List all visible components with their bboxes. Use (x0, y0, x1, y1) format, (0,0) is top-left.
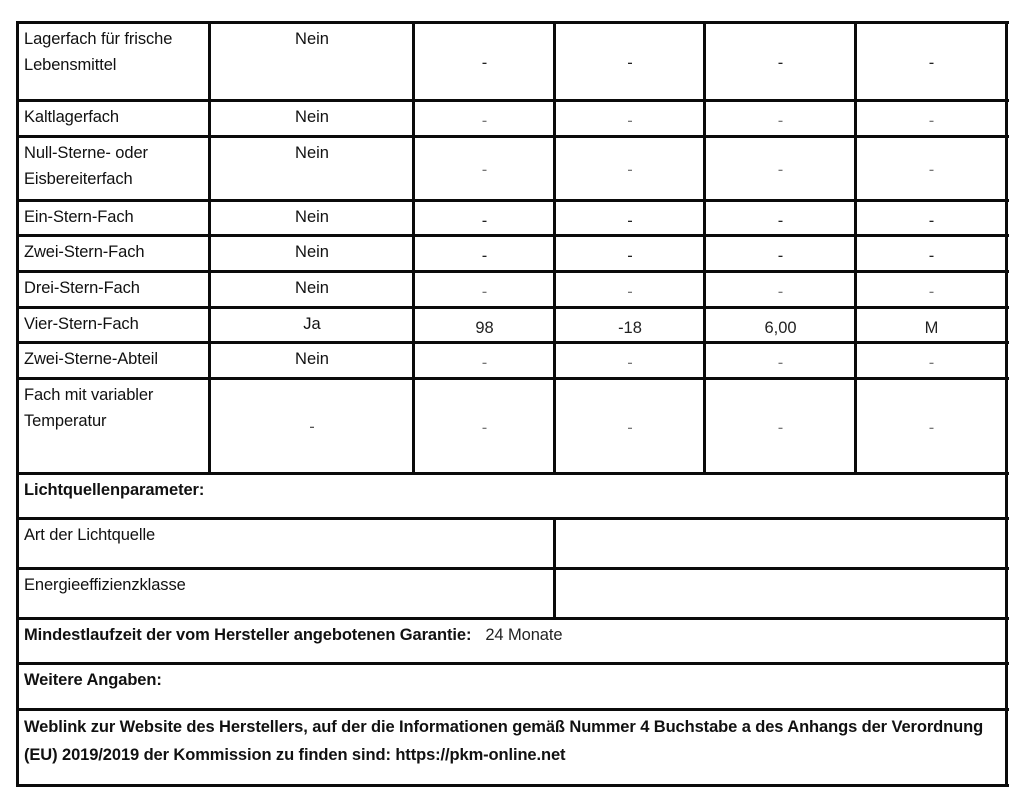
compartment-value-3: - (706, 239, 855, 273)
compartment-value-4: M (857, 311, 1006, 344)
warranty-label: Mindestlaufzeit der vom Hersteller angeb… (24, 626, 471, 644)
compartment-value-4: - (857, 204, 1006, 237)
light-source-heading: Lichtquellenparameter: (19, 475, 1008, 503)
compartment-value-1: - (415, 381, 554, 474)
compartment-value-2: - (556, 25, 704, 101)
compartment-value-1: - (415, 104, 554, 138)
manufacturer-weblink[interactable]: Weblink zur Website des Herstellers, auf… (19, 711, 996, 769)
compartment-value-4: - (857, 104, 1006, 138)
compartment-value-4: - (857, 346, 1006, 380)
compartment-value-2: -18 (556, 311, 704, 344)
compartment-value-4: - (857, 275, 1006, 309)
compartment-present: Nein (211, 138, 413, 200)
table-rule (17, 234, 1009, 237)
compartment-name: Drei-Stern-Fach (19, 273, 209, 309)
table-rule (854, 21, 857, 475)
table-rule (553, 21, 556, 475)
compartment-value-1: - (415, 25, 554, 101)
energy-efficiency-value (557, 570, 1006, 572)
compartment-name: Kaltlagerfach (19, 102, 209, 138)
light-source-type-value (557, 520, 1006, 522)
compartment-value-1: - (415, 139, 554, 201)
compartment-name: Ein-Stern-Fach (19, 202, 209, 237)
compartment-present: Nein (211, 24, 413, 100)
table-rule (17, 135, 1009, 138)
table-rule (17, 21, 1009, 24)
compartment-value-4: - (857, 239, 1006, 273)
compartment-value-4: - (857, 381, 1006, 474)
compartment-name: Zwei-Stern-Fach (19, 237, 209, 273)
compartment-value-3: - (706, 25, 855, 101)
light-source-type-label: Art der Lichtquelle (19, 520, 555, 548)
compartment-name: Zwei-Sterne-Abteil (19, 344, 209, 380)
table-rule (16, 21, 19, 475)
compartment-value-1: - (415, 239, 554, 273)
table-rule (17, 306, 1009, 309)
compartment-name: Vier-Stern-Fach (19, 309, 209, 344)
table-rule (208, 21, 211, 475)
table-rule (17, 784, 1009, 787)
further-info-label: Weitere Angaben: (19, 665, 1008, 693)
compartment-value-2: - (556, 104, 704, 138)
compartment-present: Nein (211, 273, 413, 307)
compartment-present: - (211, 380, 413, 473)
table-rule (17, 199, 1009, 202)
compartment-value-2: - (556, 381, 704, 474)
product-information-sheet: Lagerfach für frische LebensmittelNein--… (0, 0, 1024, 803)
compartment-value-3: - (706, 275, 855, 309)
compartment-present: Nein (211, 202, 413, 235)
compartment-value-3: - (706, 204, 855, 237)
compartment-value-4: - (857, 25, 1006, 101)
energy-efficiency-label: Energieeffizienzklasse (19, 570, 555, 598)
compartment-present: Nein (211, 102, 413, 136)
compartment-value-2: - (556, 204, 704, 237)
compartment-name: Lagerfach für frische Lebensmittel (19, 24, 209, 102)
table-rule (17, 377, 1009, 380)
compartment-value-1: 98 (415, 311, 554, 344)
compartment-name: Null-Sterne- oder Eisbereiterfach (19, 138, 209, 202)
table-rule (1005, 21, 1008, 475)
compartment-present: Ja (211, 309, 413, 342)
compartment-value-2: - (556, 139, 704, 201)
compartment-value-1: - (415, 275, 554, 309)
compartment-value-3: - (706, 104, 855, 138)
compartment-value-1: - (415, 204, 554, 237)
warranty-value: 24 Monate (485, 626, 562, 644)
compartment-value-3: 6,00 (706, 311, 855, 344)
compartment-value-3: - (706, 381, 855, 474)
compartment-value-2: - (556, 239, 704, 273)
table-rule (412, 21, 415, 475)
compartment-value-2: - (556, 346, 704, 380)
compartment-value-1: - (415, 346, 554, 380)
table-rule (17, 270, 1009, 273)
table-rule (17, 99, 1009, 102)
compartment-name: Fach mit variabler Temperatur (19, 380, 209, 475)
compartment-value-3: - (706, 139, 855, 201)
compartment-present: Nein (211, 344, 413, 378)
table-rule (17, 341, 1009, 344)
compartment-value-4: - (857, 139, 1006, 201)
compartment-value-3: - (706, 346, 855, 380)
warranty-row: Mindestlaufzeit der vom Hersteller angeb… (19, 620, 1008, 648)
compartment-present: Nein (211, 237, 413, 271)
compartment-value-2: - (556, 275, 704, 309)
table-rule (703, 21, 706, 475)
